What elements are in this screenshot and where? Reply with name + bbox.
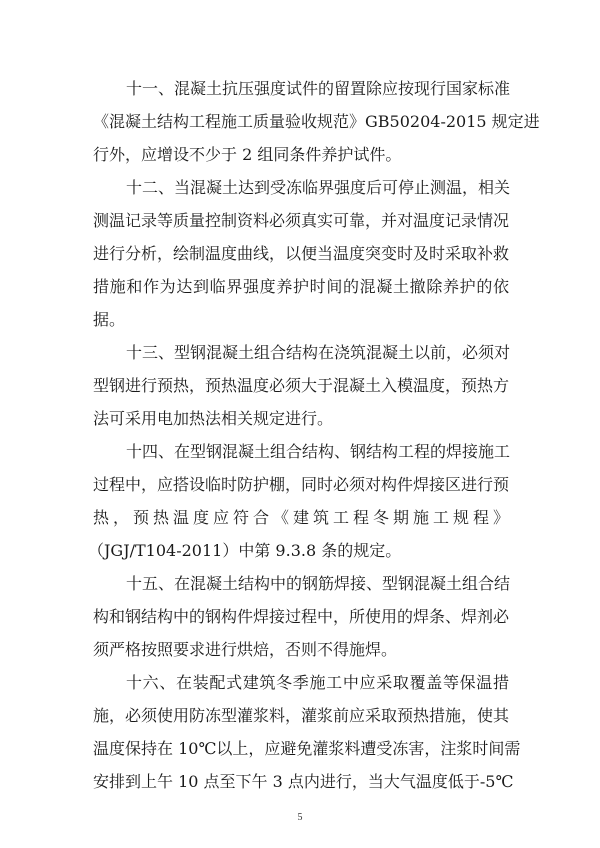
paragraph-15-line-3: 须严格按照要求进行烘焙，否则不得施焊。 (93, 638, 509, 662)
paragraph-12-line-4: 措施和作为达到临界强度养护时间的混凝土撤除养护的依 (93, 275, 509, 299)
paragraph-13-line-2: 型钢进行预热，预热温度必须大于混凝土入模温度，预热方 (93, 374, 509, 398)
paragraph-14-line-1: 十四、在型钢混凝土组合结构、钢结构工程的焊接施工 (126, 440, 509, 464)
paragraph-16-line-4: 安排到上午 10 点至下午 3 点内进行，当大气温度低于-5℃ (93, 770, 509, 794)
page-number: 5 (0, 812, 600, 823)
paragraph-13-line-3: 法可采用电加热法相关规定进行。 (93, 407, 509, 431)
paragraph-14-line-4: （JGJ/T104-2011）中第 9.3.8 条的规定。 (88, 539, 504, 563)
paragraph-14-line-3: 热，预热温度应符合《建筑工程冬期施工规程》 (93, 506, 509, 530)
paragraph-12-line-5: 据。 (93, 308, 509, 332)
paragraph-16-line-1: 十六、在装配式建筑冬季施工中应采取覆盖等保温措 (126, 671, 509, 695)
paragraph-16-line-2: 施，必须使用防冻型灌浆料，灌浆前应采取预热措施，使其 (93, 704, 509, 728)
paragraph-16-line-3: 温度保持在 10℃以上，应避免灌浆料遭受冻害，注浆时间需 (93, 737, 509, 761)
paragraph-11-line-1: 十一、混凝土抗压强度试件的留置除应按现行国家标准 (126, 77, 509, 101)
paragraph-12-line-2: 测温记录等质量控制资料必须真实可靠，并对温度记录情况 (93, 209, 509, 233)
paragraph-12-line-3: 进行分析，绘制温度曲线，以便当温度突变时及时采取补救 (93, 242, 509, 266)
paragraph-11-line-3: 行外，应增设不少于 2 组同条件养护试件。 (93, 143, 509, 167)
paragraph-15-line-1: 十五、在混凝土结构中的钢筋焊接、型钢混凝土组合结 (126, 572, 509, 596)
paragraph-11-line-2: 《混凝土结构工程施工质量验收规范》GB50204-2015 规定进 (93, 110, 509, 134)
paragraph-14-line-2: 过程中，应搭设临时防护棚，同时必须对构件焊接区进行预 (93, 473, 509, 497)
paragraph-15-line-2: 构和钢结构中的钢构件焊接过程中，所使用的焊条、焊剂必 (93, 605, 509, 629)
paragraph-13-line-1: 十三、型钢混凝土组合结构在浇筑混凝土以前，必须对 (126, 341, 509, 365)
document-page: 十一、混凝土抗压强度试件的留置除应按现行国家标准 《混凝土结构工程施工质量验收规… (0, 0, 600, 848)
paragraph-12-line-1: 十二、当混凝土达到受冻临界强度后可停止测温，相关 (126, 176, 509, 200)
